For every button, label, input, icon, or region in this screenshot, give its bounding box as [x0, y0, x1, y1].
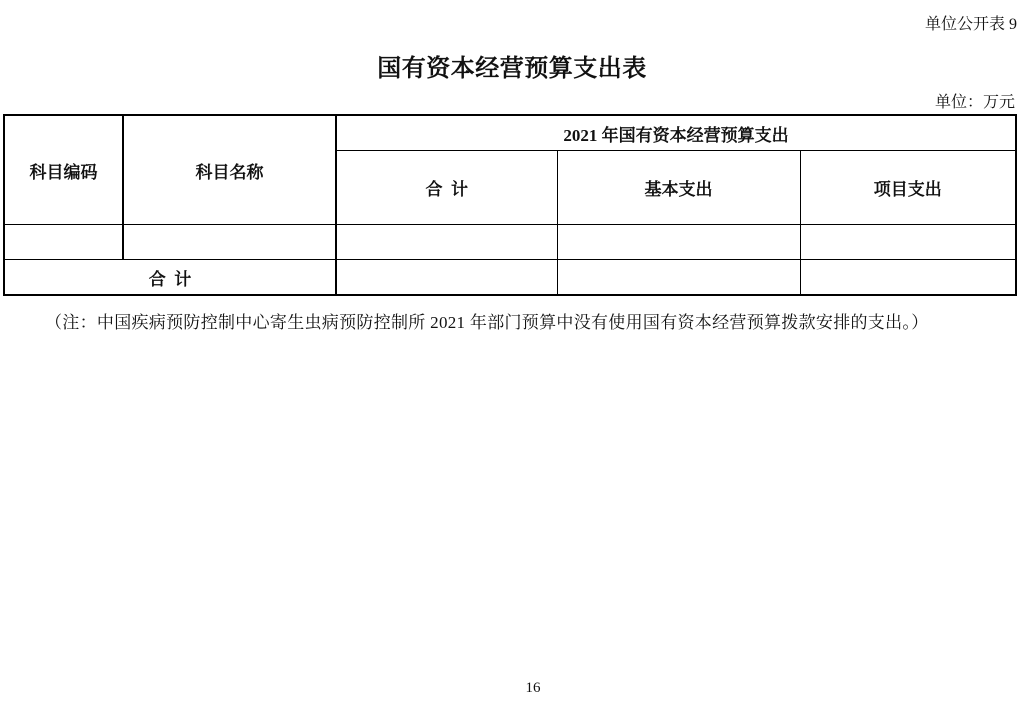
- footnote: （注：中国疾病预防控制中心寄生虫病预防控制所 2021 年部门预算中没有使用国有…: [45, 308, 985, 333]
- table-row: [4, 225, 1016, 260]
- total-row-total: [336, 260, 557, 296]
- col-header-subject-code: 科目编码: [4, 115, 123, 225]
- cell-subject-code: [4, 225, 123, 260]
- col-header-budget-group: 2021 年国有资本经营预算支出: [336, 115, 1016, 151]
- page-title: 国有资本经营预算支出表: [0, 48, 1024, 83]
- col-header-basic-expenditure: 基本支出: [557, 151, 800, 225]
- header-row-group: 科目编码 科目名称 2021 年国有资本经营预算支出: [4, 115, 1016, 151]
- col-header-total: 合 计: [336, 151, 557, 225]
- total-row: 合 计: [4, 260, 1016, 296]
- budget-table: 科目编码 科目名称 2021 年国有资本经营预算支出 合 计 基本支出 项目支出…: [3, 114, 1017, 296]
- document-page: 单位公开表 9 国有资本经营预算支出表 单位：万元 科目编码 科目名称 2021…: [0, 0, 1024, 712]
- cell-subject-name: [123, 225, 336, 260]
- col-header-subject-name: 科目名称: [123, 115, 336, 225]
- cell-basic-expenditure: [557, 225, 800, 260]
- col-header-project-expenditure: 项目支出: [800, 151, 1016, 225]
- cell-total: [336, 225, 557, 260]
- cell-project-expenditure: [800, 225, 1016, 260]
- total-row-basic: [557, 260, 800, 296]
- total-row-label: 合 计: [4, 260, 336, 296]
- corner-table-label: 单位公开表 9: [925, 11, 1017, 34]
- total-row-project: [800, 260, 1016, 296]
- unit-label: 单位：万元: [935, 89, 1015, 112]
- page-number: 16: [0, 680, 1024, 697]
